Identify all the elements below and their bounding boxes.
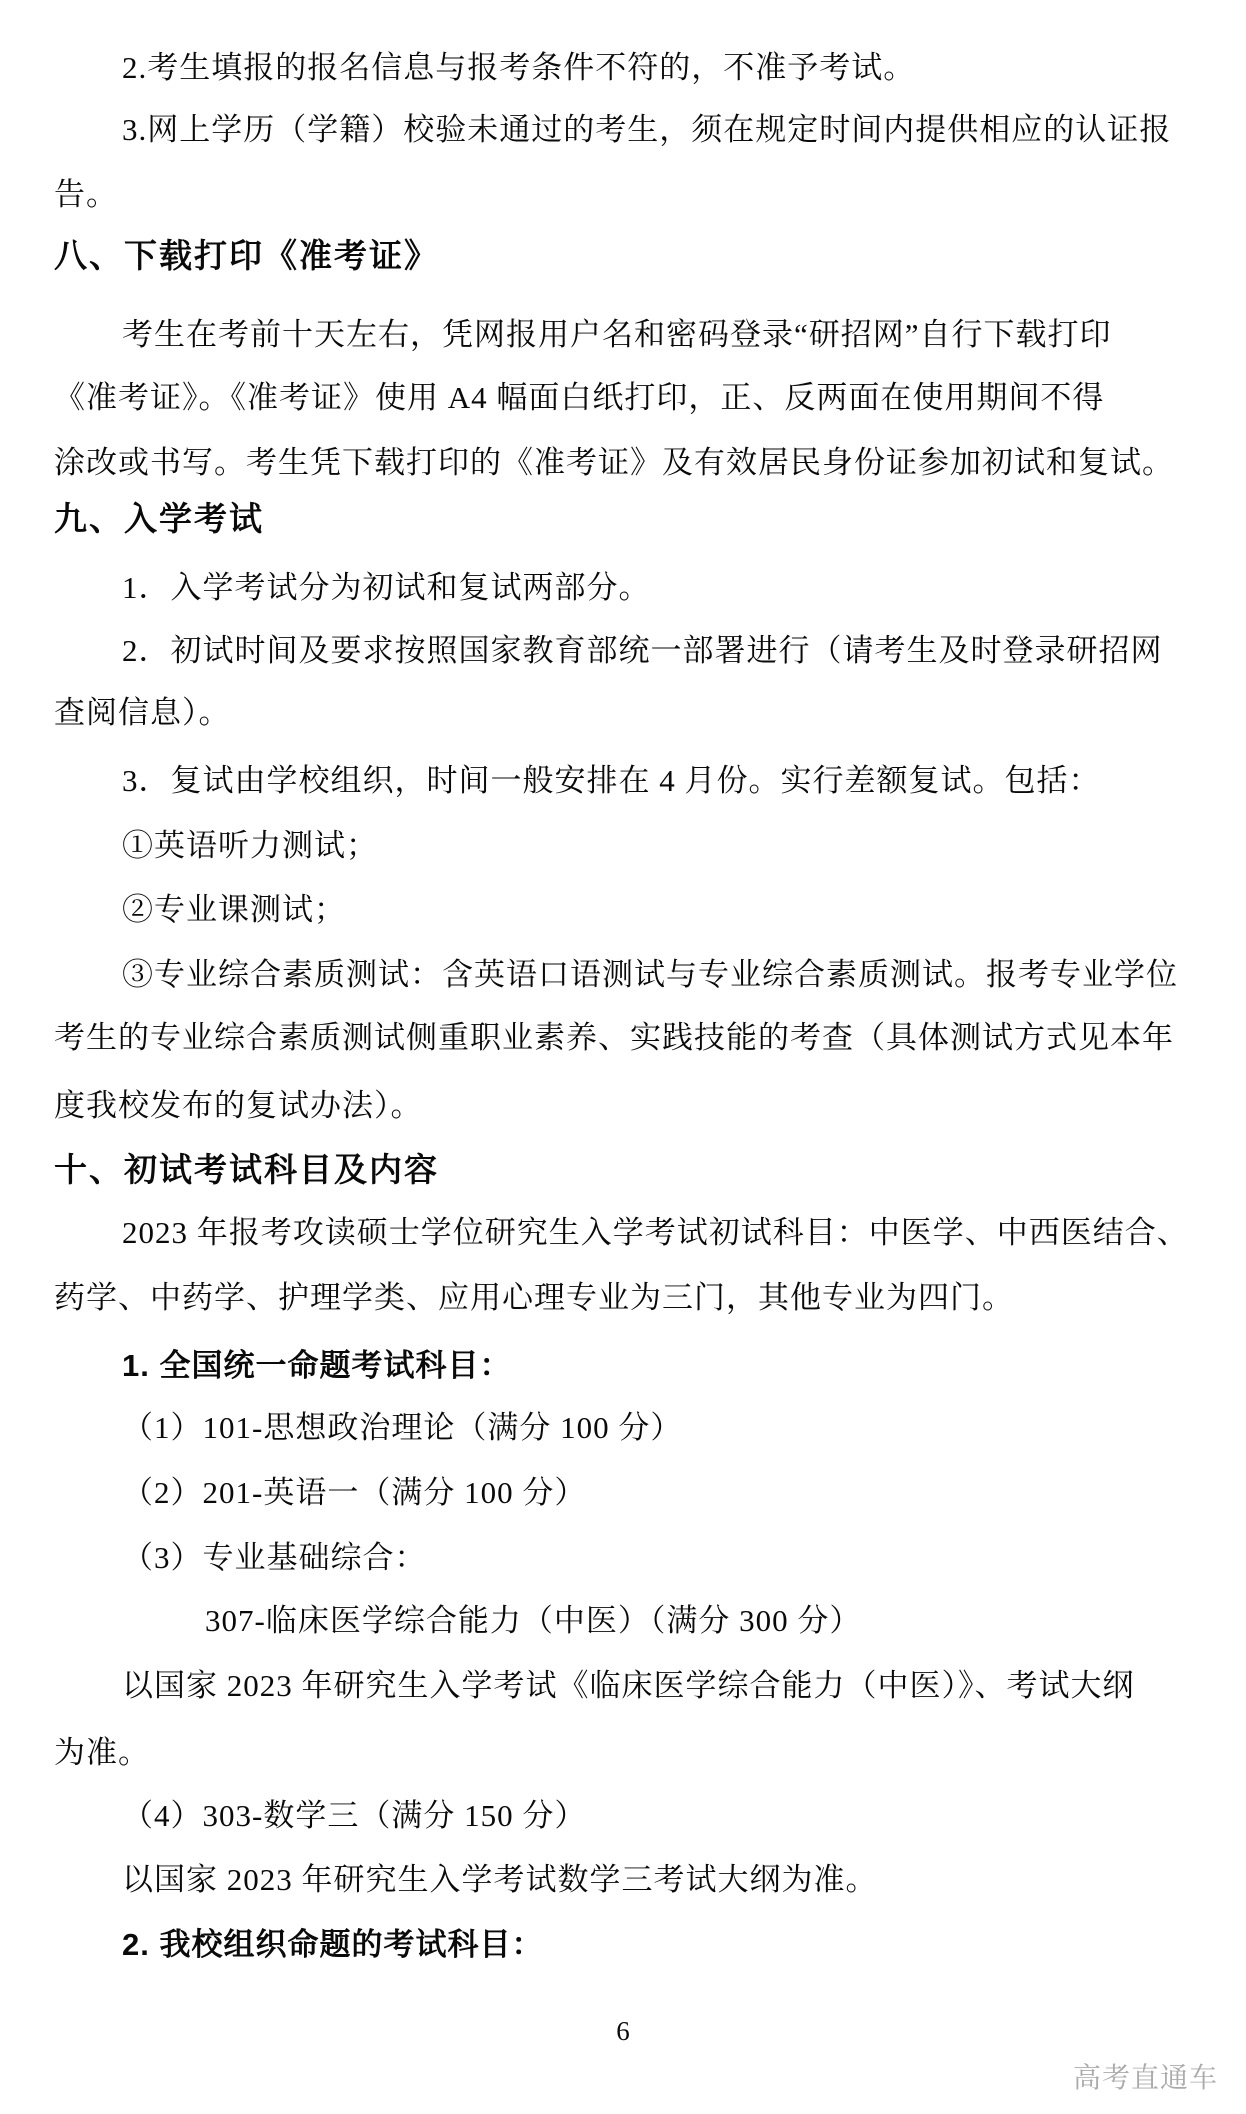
- retest-item-2: ②专业课测试；: [122, 890, 346, 930]
- para-admission-ticket-2: 《准考证》。《准考证》使用 A4 幅面白纸打印，正、反两面在使用期间不得: [54, 378, 1104, 418]
- national-subjects-heading: 1. 全国统一命题考试科目：: [122, 1346, 511, 1386]
- subject-201: （2）201-英语一（满分 100 分）: [122, 1473, 586, 1513]
- page-number: 6: [0, 2016, 1246, 2047]
- note-307-standard-1: 以国家 2023 年研究生入学考试《临床医学综合能力（中医）》、考试大纲: [122, 1666, 1135, 1706]
- retest-item-3: ③专业综合素质测试：含英语口语测试与专业综合素质测试。报考专业学位: [122, 955, 1178, 995]
- para-item-2: 2.考生填报的报名信息与报考条件不符的，不准予考试。: [122, 48, 915, 88]
- para-subjects-2: 药学、中药学、护理学类、应用心理专业为三门，其他专业为四门。: [54, 1278, 1014, 1318]
- school-subjects-heading: 2. 我校组织命题的考试科目：: [122, 1925, 543, 1965]
- note-303-standard: 以国家 2023 年研究生入学考试数学三考试大纲为准。: [122, 1860, 878, 1900]
- para-admission-ticket-3: 涂改或书写。考生凭下载打印的《准考证》及有效居民身份证参加初试和复试。: [54, 443, 1174, 483]
- subject-303: （4）303-数学三（满分 150 分）: [122, 1796, 586, 1836]
- para-item-3: 3.网上学历（学籍）校验未通过的考生，须在规定时间内提供相应的认证报: [122, 110, 1171, 150]
- para-admission-ticket-1: 考生在考前十天左右，凭网报用户名和密码登录“研招网”自行下载打印: [122, 315, 1112, 355]
- note-307-standard-2: 为准。: [54, 1733, 150, 1773]
- document-page: 2.考生填报的报名信息与报考条件不符的，不准予考试。 3.网上学历（学籍）校验未…: [0, 0, 1246, 2114]
- exam-item-2-cont: 查阅信息）。: [54, 693, 231, 733]
- watermark: 高考直通车: [1073, 2056, 1218, 2096]
- exam-item-2: 2．初试时间及要求按照国家教育部统一部署进行（请考生及时登录研招网: [122, 631, 1163, 671]
- exam-item-1: 1．入学考试分为初试和复试两部分。: [122, 568, 651, 608]
- section-9-heading: 九、入学考试: [54, 499, 264, 539]
- para-subjects-1: 2023 年报考攻读硕士学位研究生入学考试初试科目：中医学、中西医结合、: [122, 1213, 1189, 1253]
- retest-item-1: ①英语听力测试；: [122, 826, 378, 866]
- section-10-heading: 十、初试考试科目及内容: [54, 1150, 439, 1190]
- para-item-3-cont: 告。: [54, 175, 118, 215]
- subject-101: （1）101-思想政治理论（满分 100 分）: [122, 1408, 682, 1448]
- section-8-heading: 八、下载打印《准考证》: [54, 236, 439, 276]
- exam-item-3: 3．复试由学校组织，时间一般安排在 4 月份。实行差额复试。包括：: [122, 761, 1101, 801]
- subject-307: 307-临床医学综合能力（中医）（满分 300 分）: [205, 1601, 861, 1641]
- retest-item-3-cont2: 度我校发布的复试办法）。: [54, 1086, 423, 1126]
- retest-item-3-cont1: 考生的专业综合素质测试侧重职业素养、实践技能的考查（具体测试方式见本年: [54, 1018, 1174, 1058]
- subject-basic-综合: （3）专业基础综合：: [122, 1538, 427, 1578]
